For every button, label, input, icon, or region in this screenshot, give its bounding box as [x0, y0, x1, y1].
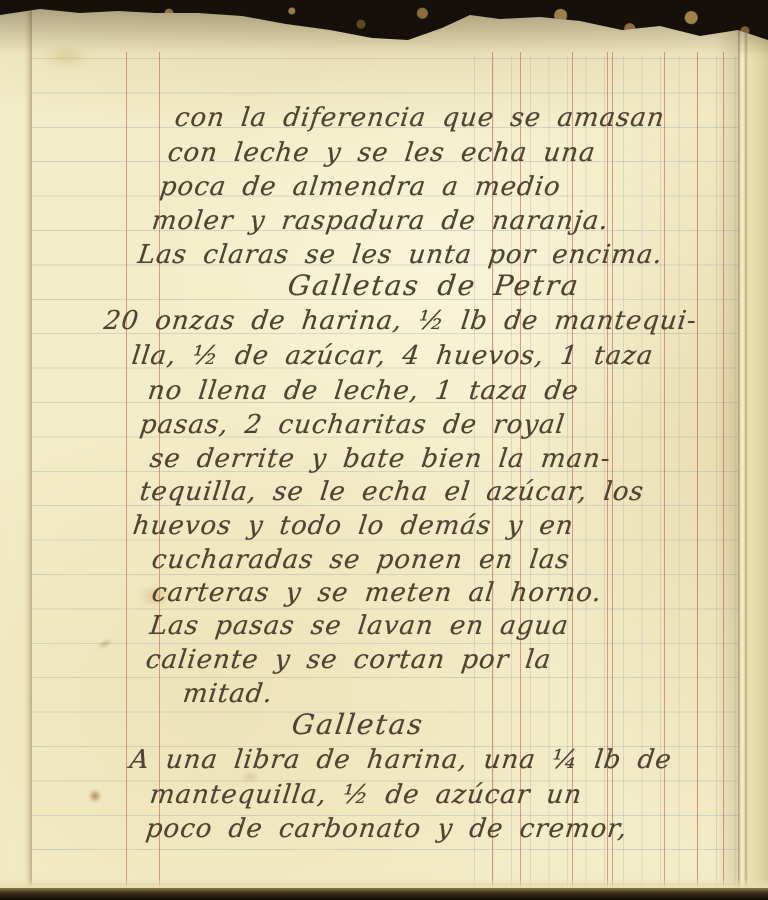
manuscript-line: tequilla, se le echa el azúcar, los: [138, 477, 646, 507]
manuscript-line: carteras y se meten al horno.: [150, 578, 603, 608]
manuscript-line: cucharadas se ponen en las: [150, 545, 571, 575]
manuscript-line: con leche y se les echa una: [166, 138, 597, 168]
recipe-title: Galletas: [290, 710, 426, 740]
right-page-edge: [738, 0, 768, 900]
recipe-title: Galletas de Petra: [286, 271, 581, 301]
manuscript-line: Las pasas se lavan en agua: [148, 611, 570, 641]
manuscript-line: con la diferencia que se amasan: [173, 103, 666, 133]
manuscript-line: moler y raspadura de naranja.: [150, 206, 610, 236]
manuscript-line: Las claras se les unta por encima.: [136, 240, 664, 270]
page-fold-shadow: [714, 0, 740, 900]
manuscript-line: 20 onzas de harina, ½ lb de mantequi-: [102, 306, 699, 336]
manuscript-line: poca de almendra a medio: [158, 172, 562, 202]
left-page-stack-edge: [0, 0, 32, 900]
bottom-shadow: [0, 888, 768, 900]
manuscript-line: caliente y se cortan por la: [144, 645, 553, 675]
manuscript-line: huevos y todo lo demás y en: [131, 511, 575, 541]
manuscript-line: no llena de leche, 1 taza de: [146, 376, 580, 406]
manuscript-line: mantequilla, ½ de azúcar un: [148, 780, 584, 810]
manuscript-line: se derrite y bate bien la man-: [148, 444, 612, 474]
notebook-photo: con la diferencia que se amasancon leche…: [0, 0, 768, 900]
manuscript-line: poco de carbonato y de cremor,: [144, 814, 629, 844]
handwritten-text: con la diferencia que se amasancon leche…: [0, 0, 768, 900]
manuscript-line: pasas, 2 cucharitas de royal: [138, 410, 567, 440]
manuscript-line: A una libra de harina, una ¼ lb de: [128, 745, 673, 775]
bottom-page-edge: [0, 878, 768, 888]
manuscript-line: mitad.: [181, 679, 275, 709]
manuscript-line: lla, ½ de azúcar, 4 huevos, 1 taza: [130, 341, 655, 371]
